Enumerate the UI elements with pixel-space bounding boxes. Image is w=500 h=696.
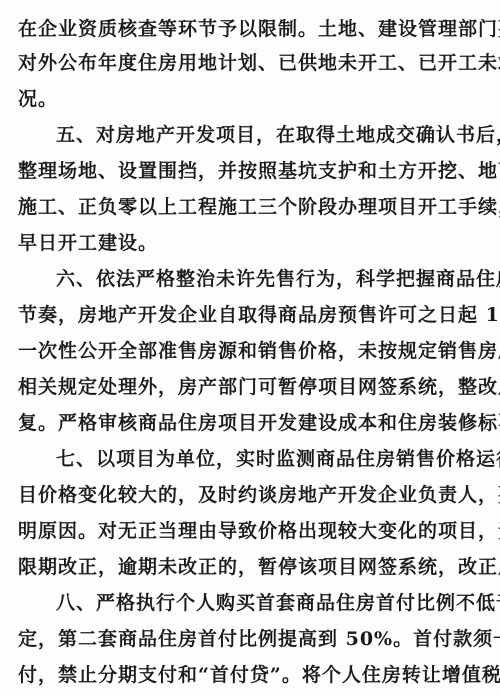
text-line: 节奏，房地产开发企业自取得商品房预售许可之日起 10 日内，须 [18, 303, 474, 327]
text-line: 早日开工建设。 [18, 231, 474, 255]
text-line: 相关规定处理外，房产部门可暂停项目网签系统，整改后予以恢 [18, 375, 474, 399]
text-line: 目价格变化较大的，及时约谈房地产开发企业负责人，要求企业说 [18, 483, 474, 507]
paragraph-6-start: 六、依法严格整治未许先售行为，科学把握商品住房项目入市 [56, 267, 474, 291]
paragraph-5-start: 五、对房地产开发项目，在取得土地成交确认书后，企业可以 [56, 123, 474, 147]
text-line: 付，禁止分期支付和“首付贷”。将个人住房转让增值税免征年限 [18, 663, 474, 687]
text-line: 施工、正负零以上工程施工三个阶段办理项目开工手续，促进项目 [18, 195, 474, 219]
text-line: 明原因。对无正当理由导致价格出现较大变化的项目，责令企业 [18, 519, 474, 543]
text-line: 整理场地、设置围挡，并按照基坑支护和土方开挖、地下主体工程 [18, 159, 474, 183]
text-line: 限期改正，逾期未改正的，暂停该项目网签系统，改正后予以恢复。 [18, 555, 474, 579]
paragraph-8-start: 八、严格执行个人购买首套商品住房首付比例不低于 30%规 [56, 591, 474, 615]
document-page: 在企业资质核查等环节予以限制。土地、建设管理部门要按规定 对外公布年度住房用地计… [0, 0, 500, 696]
text-line: 在企业资质核查等环节予以限制。土地、建设管理部门要按规定 [18, 17, 474, 41]
text-line: 一次性公开全部准售房源和销售价格，未按规定销售房屋的，除按 [18, 339, 474, 363]
text-line: 况。 [18, 87, 474, 111]
text-line: 定，第二套商品住房首付比例提高到 50%。首付款须一次性支 [18, 627, 474, 651]
text-line: 对外公布年度住房用地计划、已供地未开工、已开工未竣工等情 [18, 51, 474, 75]
paragraph-7-start: 七、以项目为单位，实时监测商品住房销售价格运行情况，项 [56, 447, 474, 471]
text-line: 复。严格审核商品住房项目开发建设成本和住房装修标准。 [18, 411, 474, 435]
